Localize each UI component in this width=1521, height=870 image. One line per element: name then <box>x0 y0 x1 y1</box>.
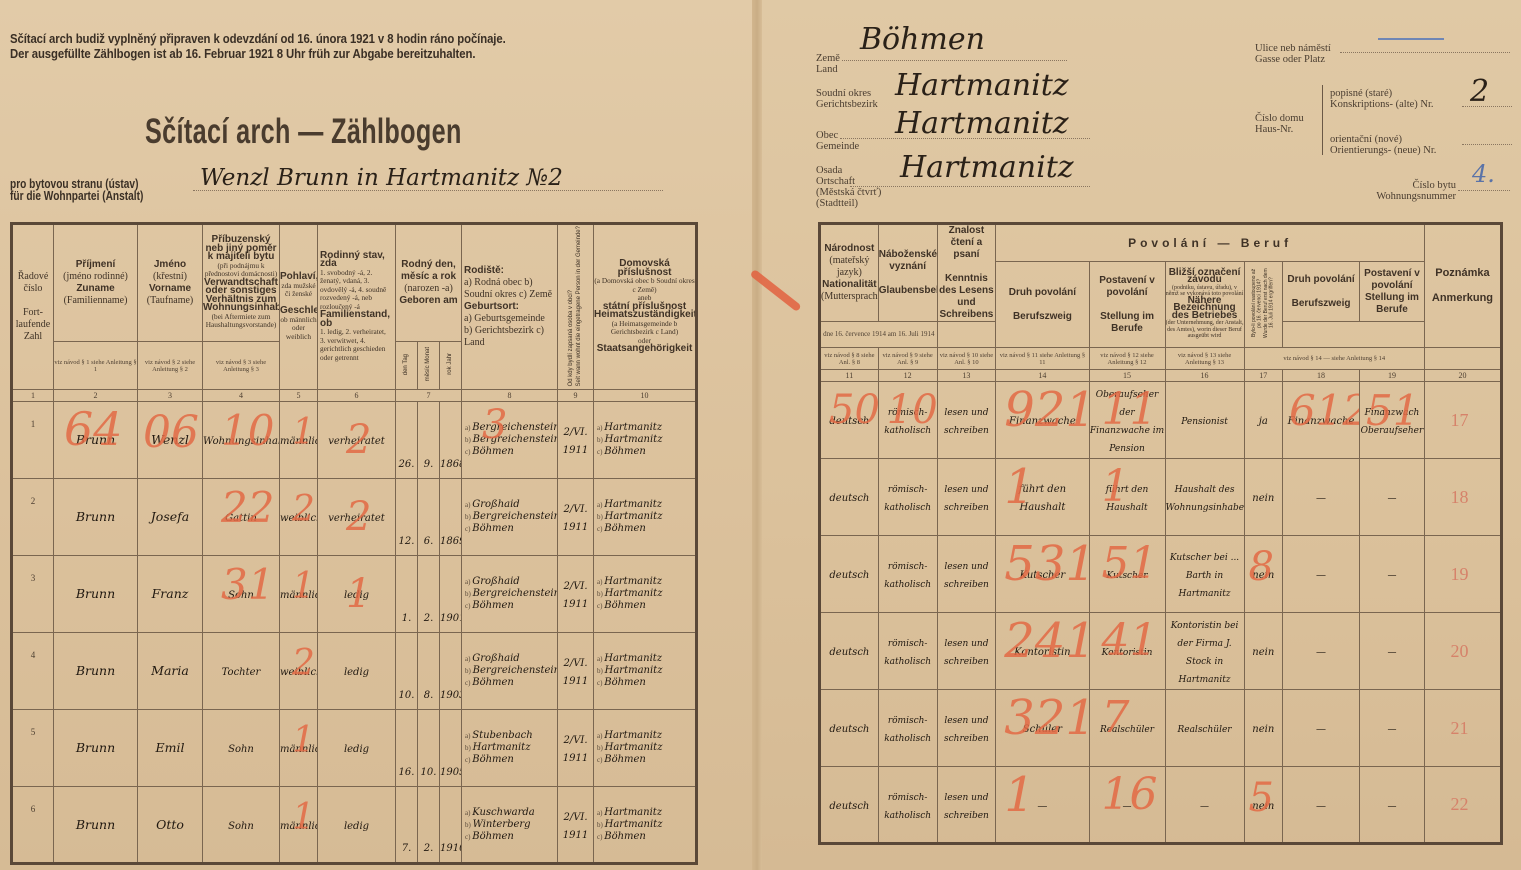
relation-cell[interactable]: Sohn <box>203 710 280 787</box>
employer-cell[interactable]: Kutscher bei ... Barth in Hartmanitz <box>1165 536 1244 613</box>
occupation-cell[interactable]: 1führt den Haushalt <box>996 459 1089 536</box>
header-c16: Bližší označení závodu(podniku, ústavu, … <box>1165 262 1244 348</box>
position-cell[interactable]: 16— <box>1089 767 1165 844</box>
birthplace-cell[interactable]: a) Kuschwardab) Winterbergc) Böhmen <box>462 787 558 864</box>
firstname-cell[interactable]: Josefa <box>138 479 203 556</box>
nationality-cell[interactable]: deutsch <box>820 690 879 767</box>
occupation-text: — <box>1037 801 1047 812</box>
birthplace-cell[interactable]: 3a) Bergreichensteinb) Bergreichensteinc… <box>462 402 558 479</box>
header-c20-cz-b: Poznámka <box>1435 267 1489 279</box>
religion-cell[interactable]: römisch-katholisch <box>878 690 937 767</box>
haus-nr-label-cz: Číslo domu <box>1255 113 1304 124</box>
num-c2: 2 <box>54 390 138 402</box>
header-c8-cz-b: Rodiště: <box>464 265 504 276</box>
domicile-c-text: Böhmen <box>604 446 646 457</box>
note-text: 21 <box>1450 718 1468 738</box>
red-code-position: 51 <box>1102 538 1158 589</box>
position-1914-cell[interactable]: 51Finanzwach Oberaufseher <box>1360 382 1425 459</box>
wohnung-label: Číslo bytu Wohnungsnummer <box>1360 180 1456 202</box>
relation-cell[interactable]: Tochter <box>203 633 280 710</box>
status-cell[interactable]: 2verheiratet <box>318 402 396 479</box>
position-cell[interactable]: 41Kontoristin <box>1089 613 1165 690</box>
gemeinde-label: Obec Gemeinde <box>816 130 859 152</box>
occupation-1914-cell[interactable]: — <box>1283 613 1360 690</box>
resident-since-text: 2/VI. 1911 <box>563 658 588 687</box>
occupation-1914-cell[interactable]: — <box>1283 459 1360 536</box>
header-c11-cz-b: Národnost <box>824 243 874 254</box>
position-text: — <box>1123 802 1132 812</box>
birth-year-cell[interactable]: 1905 <box>440 710 462 787</box>
red-code-occupation: 1 <box>1004 767 1035 823</box>
relation-cell[interactable]: Sohn <box>203 787 280 864</box>
birthplace-cell[interactable]: a) Großhaidb) Bergreichensteinc) Böhmen <box>462 633 558 710</box>
relation-text: Sohn <box>228 590 254 601</box>
domicile-c: c) Böhmen <box>594 600 695 612</box>
employer-cell[interactable]: Realschüler <box>1165 690 1244 767</box>
firstname-text: Wenzl <box>151 432 189 447</box>
domicile-a-text: Hartmanitz <box>604 653 662 664</box>
gasse-label-cz: Ulice neb náměstí <box>1255 43 1331 54</box>
domicile-cell[interactable]: a) Hartmanitzb) Hartmanitzc) Böhmen <box>594 710 697 787</box>
header-c7: Rodný den, měsíc a rok(narozen -a) Gebor… <box>396 224 462 342</box>
birthplace-c-text: Böhmen <box>472 677 514 688</box>
orientierung-line <box>1462 144 1512 145</box>
header-c17-cz: Bylo-li povolání nastoupeno až po 16. če… <box>1252 268 1263 338</box>
birthplace-c-text: Böhmen <box>472 754 514 765</box>
status-text: ledig <box>344 821 369 832</box>
religion-cell[interactable]: römisch-katholisch <box>878 767 937 844</box>
occupation-cell[interactable]: 321Schüler <box>996 690 1089 767</box>
birth-year-cell[interactable]: 1901 <box>440 556 462 633</box>
birth-month-cell[interactable]: 10. <box>418 710 440 787</box>
occupation-1914-cell[interactable]: — <box>1283 767 1360 844</box>
gemeinde-label-cz: Obec <box>816 130 859 141</box>
occupation-1914-cell[interactable]: — <box>1283 536 1360 613</box>
ref-c17-19: viz návod § 14 — siehe Anleitung § 14 <box>1244 348 1424 370</box>
position-cell[interactable]: 51Kutscher <box>1089 536 1165 613</box>
header-c7-cz: (narozen -a) <box>396 283 461 295</box>
position-cell[interactable]: 7Realschüler <box>1089 690 1165 767</box>
surname-cell[interactable]: Brunn <box>54 710 138 787</box>
ref-c2: viz návod § 1 siehe Anleitung § 1 <box>54 342 138 390</box>
resident-since-cell[interactable]: 2/VI. 1911 <box>558 479 594 556</box>
row-number-text: 3 <box>31 573 36 583</box>
header-c3: Jméno(křestní) Vorname(Taufname) <box>138 224 203 342</box>
header-c2-cz-b: Příjmení <box>76 259 115 270</box>
position-1914-cell[interactable]: — <box>1360 767 1425 844</box>
surname-cell[interactable]: Brunn <box>54 633 138 710</box>
birthplace-a: a) Kuschwarda <box>462 807 557 819</box>
after-1914-cell[interactable]: 8nein <box>1244 536 1283 613</box>
status-text: verheiratet <box>328 436 385 447</box>
row-number-text: 5 <box>31 727 36 737</box>
domicile-cell[interactable]: a) Hartmanitzb) Hartmanitzc) Böhmen <box>594 787 697 864</box>
header-c14-cz-b: Druh povolání <box>1009 287 1076 298</box>
nationality-cell[interactable]: 50deutsch <box>820 382 879 459</box>
table-row: 2BrunnJosefa22Gattin2weiblich2verheirate… <box>12 479 697 556</box>
gasse-label: Ulice neb náměstí Gasse oder Platz <box>1255 43 1331 65</box>
nationality-cell[interactable]: deutsch <box>820 767 879 844</box>
position-1914-text: Finanzwach Oberaufseher <box>1361 408 1424 436</box>
birthplace-cell[interactable]: a) Großhaidb) Bergreichensteinc) Böhmen <box>462 556 558 633</box>
birth-month-cell[interactable]: 9. <box>418 402 440 479</box>
birth-month-cell[interactable]: 6. <box>418 479 440 556</box>
religion-cell[interactable]: römisch-katholisch <box>878 536 937 613</box>
birthplace-b: b) Bergreichenstein <box>462 665 557 677</box>
sub-day: den Tag <box>396 342 418 390</box>
birth-month-cell[interactable]: 2. <box>418 787 440 864</box>
literacy-cell[interactable]: lesen und schreiben <box>937 690 996 767</box>
sex-cell[interactable]: 2weiblich <box>280 479 318 556</box>
birthplace-c: c) Böhmen <box>462 446 557 458</box>
row-number-text: 6 <box>31 804 36 814</box>
position-1914-cell[interactable]: — <box>1360 536 1425 613</box>
konskription-value[interactable]: 2 <box>1470 74 1489 109</box>
header-c10: Domovská příslušnost(a Domovská obec b S… <box>594 224 697 390</box>
domicile-cell[interactable]: a) Hartmanitzb) Hartmanitzc) Böhmen <box>594 556 697 633</box>
note-cell[interactable]: 19 <box>1424 536 1501 613</box>
after-1914-cell[interactable]: ja <box>1244 382 1283 459</box>
religion-cell[interactable]: römisch-katholisch <box>878 613 937 690</box>
note-cell[interactable]: 22 <box>1424 767 1501 844</box>
resident-since-text: 2/VI. 1911 <box>563 504 588 533</box>
num-c16: 16 <box>1165 370 1244 382</box>
firstname-cell[interactable]: 06Wenzl <box>138 402 203 479</box>
orientierung-label-de: Orientierungs- (neue) Nr. <box>1330 145 1436 156</box>
literacy-text: lesen und schreiben <box>944 716 989 744</box>
num-c1: 1 <box>12 390 54 402</box>
position-text: Realschüler <box>1100 725 1154 735</box>
num-c7: 7 <box>396 390 462 402</box>
domicile-b: b) Hartmanitz <box>594 588 695 600</box>
birth-year-text: 1901 <box>440 613 462 624</box>
birth-month-text: 8. <box>424 690 434 701</box>
surname-text: Brunn <box>76 509 115 524</box>
domicile-b: b) Hartmanitz <box>594 742 695 754</box>
birth-year-cell[interactable]: 1910 <box>440 787 462 864</box>
header-c3-de: (Taufname) <box>138 295 202 307</box>
note-text: 19 <box>1450 564 1468 584</box>
table-row: deutschrömisch-katholischlesen und schre… <box>820 536 1502 613</box>
ortschaft-line <box>850 186 1090 187</box>
red-code-position: 41 <box>1102 615 1158 666</box>
note-cell[interactable]: 18 <box>1424 459 1501 536</box>
header-c11-cz: (mateřský jazyk) <box>821 255 878 279</box>
surname-text: Brunn <box>76 663 115 678</box>
header-c4-cz-b: Příbuzenský neb jiný poměr k majiteli by… <box>205 234 276 262</box>
birthplace-cell[interactable]: a) Großhaidb) Bergreichensteinc) Böhmen <box>462 479 558 556</box>
occupation-cell[interactable]: 921Finanzwache <box>996 382 1089 459</box>
birth-day-cell[interactable]: 26. <box>396 402 418 479</box>
header-c2-de: (Familienname) <box>54 295 137 307</box>
header-c5: Pohlaví,zda mužské či ženské Geschlecht,… <box>280 224 318 390</box>
domicile-b-text: Hartmanitz <box>605 819 663 830</box>
ref-c15: viz návod § 12 siehe Anleitung § 12 <box>1089 348 1165 370</box>
domicile-a-text: Hartmanitz <box>604 807 662 818</box>
header-c20-de-b: Anmerkung <box>1432 292 1493 304</box>
religion-cell[interactable]: 10römisch-katholisch <box>878 382 937 459</box>
religion-cell[interactable]: römisch-katholisch <box>878 459 937 536</box>
nationality-text: deutsch <box>829 724 869 735</box>
status-cell[interactable]: 2verheiratet <box>318 479 396 556</box>
ref-c20 <box>1424 348 1501 370</box>
birth-month-cell[interactable]: 8. <box>418 633 440 710</box>
birthplace-b: b) Bergreichenstein <box>462 434 557 446</box>
firstname-cell[interactable]: Otto <box>138 787 203 864</box>
land-label-de: Land <box>816 64 840 75</box>
nationality-text: deutsch <box>829 570 869 581</box>
birth-month-cell[interactable]: 2. <box>418 556 440 633</box>
position-1914-cell[interactable]: — <box>1360 459 1425 536</box>
domicile-c-text: Böhmen <box>604 677 646 688</box>
nationality-text: deutsch <box>829 416 869 427</box>
domicile-c: c) Böhmen <box>594 831 695 843</box>
domicile-b-text: Hartmanitz <box>605 588 663 599</box>
position-cell[interactable]: 1führt den Haushalt <box>1089 459 1165 536</box>
religion-text: römisch-katholisch <box>884 639 931 667</box>
gemeinde-value[interactable]: Hartmanitz <box>895 106 1069 141</box>
sex-text: männlich <box>280 436 318 447</box>
red-code-surname: 64 <box>64 402 123 456</box>
literacy-cell[interactable]: lesen und schreiben <box>937 613 996 690</box>
birth-day-cell[interactable]: 7. <box>396 787 418 864</box>
num-c6: 6 <box>318 390 396 402</box>
status-text: ledig <box>344 667 369 678</box>
haus-nr-label-de: Haus-Nr. <box>1255 124 1304 135</box>
party-label: pro bytovou stranu (ústav) für die Wohnp… <box>10 178 143 202</box>
header-c5-cz: zda mužské či ženské <box>280 282 317 299</box>
header-c12-cz-b: Náboženské vyznání <box>879 249 937 272</box>
note-text: 22 <box>1450 794 1468 814</box>
employer-cell[interactable]: Pensionist <box>1165 382 1244 459</box>
literacy-cell[interactable]: lesen und schreiben <box>937 459 996 536</box>
status-cell[interactable]: ledig <box>318 633 396 710</box>
position-1914-cell[interactable]: — <box>1360 613 1425 690</box>
birthplace-cell[interactable]: a) Stubenbachb) Hartmanitzc) Böhmen <box>462 710 558 787</box>
row-number: 6 <box>12 787 54 864</box>
occupation-cell[interactable]: 241Kontoristin <box>996 613 1089 690</box>
sex-cell[interactable]: 1männlich <box>280 556 318 633</box>
domicile-a: a) Hartmanitz <box>594 499 695 511</box>
birthplace-b: b) Bergreichenstein <box>462 588 557 600</box>
relation-cell[interactable]: 10Wohnungsinhaber <box>203 402 280 479</box>
birthplace-a: a) Stubenbach <box>462 730 557 742</box>
position-1914-cell[interactable]: — <box>1360 690 1425 767</box>
header-c16-cz-b: Bližší označení závodu <box>1169 267 1241 286</box>
header-c11-de: (Muttersprache) <box>821 291 878 303</box>
sex-cell[interactable]: 1männlich <box>280 402 318 479</box>
note-text: 20 <box>1450 641 1468 661</box>
wohnung-label-cz: Číslo bytu <box>1360 180 1456 191</box>
sex-cell[interactable]: 1männlich <box>280 710 318 787</box>
literacy-text: lesen und schreiben <box>944 793 989 821</box>
occupation-cell[interactable]: 531Kutscher <box>996 536 1089 613</box>
domicile-c-text: Böhmen <box>604 831 646 842</box>
status-text: ledig <box>344 744 369 755</box>
firstname-cell[interactable]: Emil <box>138 710 203 787</box>
gerichtsbezirk-value[interactable]: Hartmanitz <box>895 68 1069 103</box>
position-cell[interactable]: 11Oberaufseher der Finanzwache im Pensio… <box>1089 382 1165 459</box>
ref-c16: viz návod § 13 siehe Anleitung § 13 <box>1165 348 1244 370</box>
birthplace-a-text: Großhaid <box>472 499 519 510</box>
gasse-value-dash <box>1378 38 1444 40</box>
firstname-text: Otto <box>156 817 184 832</box>
employer-cell[interactable]: — <box>1165 767 1244 844</box>
num-c13: 13 <box>937 370 996 382</box>
sub-month: měsíc Monat <box>418 342 440 390</box>
literacy-cell[interactable]: lesen und schreiben <box>937 767 996 844</box>
header-c12: Náboženské vyznání Glaubensbekenntnis <box>878 224 937 322</box>
status-cell[interactable]: 1ledig <box>318 556 396 633</box>
domicile-cell[interactable]: a) Hartmanitzb) Hartmanitzc) Böhmen <box>594 633 697 710</box>
position-1914-text: — <box>1387 725 1396 735</box>
header-c4-de-b: Verwandtschaft oder sonstiges Verhältnis… <box>203 277 280 314</box>
birth-day-cell[interactable]: 10. <box>396 633 418 710</box>
wohnung-value[interactable]: 4. <box>1472 160 1495 188</box>
after-1914-cell[interactable]: 5nein <box>1244 767 1283 844</box>
resident-since-cell[interactable]: 2/VI. 1911 <box>558 402 594 479</box>
red-code-occupation: 531 <box>1004 536 1089 592</box>
header-c3-cz: (křestní) <box>138 271 202 283</box>
domicile-a-text: Hartmanitz <box>604 499 662 510</box>
after-1914-text: nein <box>1252 724 1274 735</box>
domicile-c: c) Böhmen <box>594 446 695 458</box>
occupation-1914-cell[interactable]: 612Finanzwache <box>1283 382 1360 459</box>
surname-cell[interactable]: 64Brunn <box>54 402 138 479</box>
literacy-cell[interactable]: lesen und schreiben <box>937 536 996 613</box>
birth-year-cell[interactable]: 1903 <box>440 633 462 710</box>
occupation-1914-text: — <box>1316 801 1326 812</box>
literacy-cell[interactable]: lesen und schreiben <box>937 382 996 459</box>
occupation-cell[interactable]: 1— <box>996 767 1089 844</box>
header-c4-de: (bei Aftermiete zum Haushaltungsvorstand… <box>203 313 279 330</box>
notice-text: Sčítací arch budiž vyplněný připraven k … <box>10 31 506 61</box>
header-c7-de-b: Geboren am <box>399 295 457 306</box>
sex-text: weiblich <box>280 513 318 524</box>
domicile-a: a) Hartmanitz <box>594 576 695 588</box>
literacy-text: lesen und schreiben <box>944 562 989 590</box>
resident-since-cell[interactable]: 2/VI. 1911 <box>558 556 594 633</box>
literacy-text: lesen und schreiben <box>944 639 989 667</box>
birth-day-cell[interactable]: 12. <box>396 479 418 556</box>
nationality-cell[interactable]: deutsch <box>820 459 879 536</box>
header-c2: Příjmení(jméno rodinné) Zuname(Familienn… <box>54 224 138 342</box>
table-row: deutschrömisch-katholischlesen und schre… <box>820 459 1502 536</box>
resident-since-cell[interactable]: 2/VI. 1911 <box>558 710 594 787</box>
position-text: Oberaufseher der Finanzwache im Pension <box>1090 390 1164 454</box>
header-c10-cz: (a Domovská obec b Soudní okres c Země) <box>594 277 695 294</box>
surname-cell[interactable]: Brunn <box>54 556 138 633</box>
relation-text: Wohnungsinhaber <box>203 436 280 447</box>
wohnung-label-de: Wohnungsnummer <box>1360 191 1456 202</box>
land-value[interactable]: Böhmen <box>860 22 985 57</box>
domicile-cell[interactable]: a) Hartmanitzb) Hartmanitzc) Böhmen <box>594 402 697 479</box>
table-row: deutschrömisch-katholischlesen und schre… <box>820 613 1502 690</box>
after-1914-cell[interactable]: nein <box>1244 690 1283 767</box>
surname-cell[interactable]: Brunn <box>54 787 138 864</box>
sex-cell[interactable]: 2weiblich <box>280 633 318 710</box>
after-1914-text: nein <box>1252 493 1274 504</box>
land-label: Země Land <box>816 53 840 75</box>
relation-cell[interactable]: 31Sohn <box>203 556 280 633</box>
row-number-text: 4 <box>31 650 36 660</box>
ortschaft-value[interactable]: Hartmanitz <box>900 150 1074 185</box>
resident-since-cell[interactable]: 2/VI. 1911 <box>558 787 594 864</box>
birthplace-a-text: Stubenbach <box>472 730 532 741</box>
status-cell[interactable]: ledig <box>318 787 396 864</box>
birth-year-cell[interactable]: 1868 <box>440 402 462 479</box>
after-1914-cell[interactable]: nein <box>1244 459 1283 536</box>
red-code-position: 16 <box>1102 769 1158 820</box>
domicile-cell[interactable]: a) Hartmanitzb) Hartmanitzc) Böhmen <box>594 479 697 556</box>
birthplace-c: c) Böhmen <box>462 600 557 612</box>
nationality-cell[interactable]: deutsch <box>820 613 879 690</box>
nationality-cell[interactable]: deutsch <box>820 536 879 613</box>
occupation-1914-cell[interactable]: — <box>1283 690 1360 767</box>
relation-cell[interactable]: 22Gattin <box>203 479 280 556</box>
after-1914-cell[interactable]: nein <box>1244 613 1283 690</box>
resident-since-text: 2/VI. 1911 <box>563 735 588 764</box>
num-c4: 4 <box>203 390 280 402</box>
status-cell[interactable]: ledig <box>318 710 396 787</box>
birth-year-cell[interactable]: 1869 <box>440 479 462 556</box>
header-c19: Postavení v povolání Stellung im Berufe <box>1360 262 1425 322</box>
domicile-b-text: Hartmanitz <box>605 511 663 522</box>
birthplace-a: a) Großhaid <box>462 653 557 665</box>
birthplace-c-text: Böhmen <box>472 523 514 534</box>
birthplace-c-text: Böhmen <box>472 446 514 457</box>
firstname-cell[interactable]: Maria <box>138 633 203 710</box>
sex-text: männlich <box>280 821 318 832</box>
header-c10-cz-b: Domovská příslušnost <box>618 258 672 278</box>
position-text: Kutscher <box>1107 571 1148 581</box>
notice-cz: Sčítací arch budiž vyplněný připraven k … <box>10 31 506 46</box>
employer-text: Pensionist <box>1181 417 1228 427</box>
employer-cell[interactable]: Kontoristin bei der Firma J. Stock in Ha… <box>1165 613 1244 690</box>
birthplace-a: a) Bergreichenstein <box>462 422 557 434</box>
resident-since-cell[interactable]: 2/VI. 1911 <box>558 633 594 710</box>
domicile-a: a) Hartmanitz <box>594 422 695 434</box>
birthplace-b-text: Bergreichenstein <box>473 511 558 522</box>
note-cell[interactable]: 17 <box>1424 382 1501 459</box>
num-c19: 19 <box>1360 370 1425 382</box>
firstname-cell[interactable]: Franz <box>138 556 203 633</box>
header-c1-cz: Řadové číslo <box>13 271 53 295</box>
note-cell[interactable]: 21 <box>1424 690 1501 767</box>
orientierung-label: orientační (nové) Orientierungs- (neue) … <box>1330 134 1436 156</box>
header-c11-de-b: Nationalität <box>822 279 876 290</box>
table-row: 4BrunnMariaTochter2weiblichledig10.8.190… <box>12 633 697 710</box>
note-cell[interactable]: 20 <box>1424 613 1501 690</box>
birth-day-cell[interactable]: 1. <box>396 556 418 633</box>
domicile-c: c) Böhmen <box>594 754 695 766</box>
birthplace-b: b) Bergreichenstein <box>462 511 557 523</box>
position-text: Kontoristin <box>1102 648 1153 658</box>
row-number: 4 <box>12 633 54 710</box>
party-value[interactable]: Wenzl Brunn in Hartmanitz №2 <box>200 165 563 191</box>
sex-cell[interactable]: 1männlich <box>280 787 318 864</box>
birth-day-cell[interactable]: 16. <box>396 710 418 787</box>
occupation-1914-text: Finanzwache <box>1288 416 1355 427</box>
birthplace-b-text: Bergreichenstein <box>473 588 558 599</box>
header-c9-de: Seit wann wohnt die eingetragene Person … <box>576 226 583 386</box>
birthplace-b-text: Winterberg <box>473 819 531 830</box>
firstname-text: Emil <box>156 740 185 755</box>
employer-cell[interactable]: Haushalt des Wohnungsinhabers <box>1165 459 1244 536</box>
red-code-occupation: 241 <box>1004 613 1089 669</box>
surname-cell[interactable]: Brunn <box>54 479 138 556</box>
domicile-b-text: Hartmanitz <box>605 742 663 753</box>
